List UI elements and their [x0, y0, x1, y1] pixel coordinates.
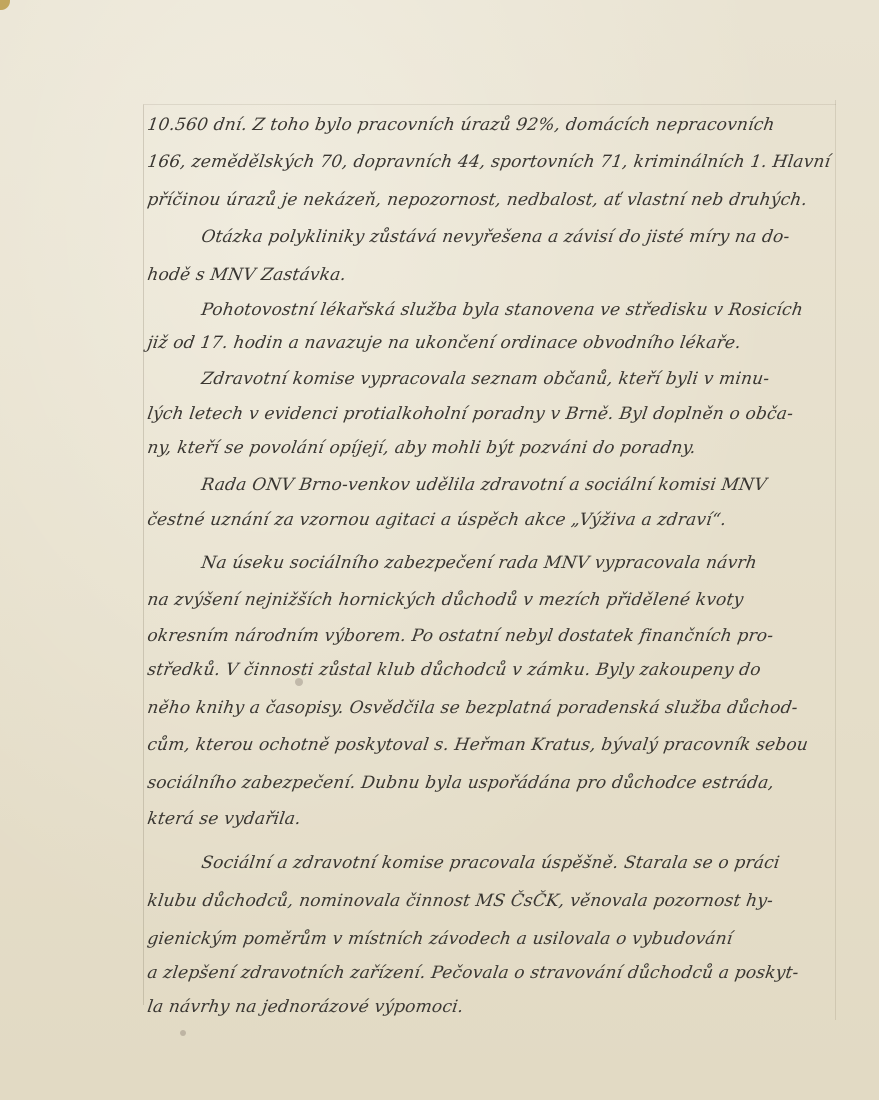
text-line: čestné uznání za vzornou agitaci a úspěc…	[146, 510, 728, 530]
text-line: gienickým poměrům v místních závodech a …	[146, 929, 734, 949]
text-line: Zdravotní komise vypracovala seznam obča…	[200, 369, 771, 389]
text-line: hodě s MNV Zastávka.	[146, 265, 348, 285]
text-line: 10.560 dní. Z toho bylo pracovních úrazů…	[146, 115, 776, 135]
text-line: la návrhy na jednorázové výpomoci.	[146, 997, 465, 1017]
margin-rule	[835, 100, 836, 1020]
text-line: Otázka polykliniky zůstává nevyřešena a …	[200, 227, 791, 247]
text-line: cům, kterou ochotně poskytoval s. Heřman…	[146, 735, 809, 755]
text-line: Pohotovostní lékařská služba byla stanov…	[200, 300, 804, 320]
text-line: klubu důchodců, nominovala činnost MS Čs…	[146, 891, 774, 911]
text-line: něho knihy a časopisy. Osvědčila se bezp…	[146, 698, 799, 718]
text-line: středků. V činnosti zůstal klub důchodců…	[146, 660, 762, 680]
corner-stain	[0, 0, 10, 10]
text-line: 166, zemědělských 70, dopravních 44, spo…	[146, 152, 832, 172]
text-line: která se vydařila.	[146, 809, 302, 829]
text-line: příčinou úrazů je nekázeň, nepozornost, …	[146, 190, 809, 210]
text-line: Sociální a zdravotní komise pracovala ús…	[200, 853, 781, 873]
text-line: okresním národním výborem. Po ostatní ne…	[146, 626, 775, 646]
ink-blot	[180, 1030, 186, 1036]
text-line: Na úseku sociálního zabezpečení rada MNV…	[200, 553, 758, 573]
text-line: a zlepšení zdravotních zařízení. Pečoval…	[146, 963, 800, 983]
text-line: ny, kteří se povolání opíjejí, aby mohli…	[146, 438, 697, 458]
document-page: 10.560 dní. Z toho bylo pracovních úrazů…	[0, 0, 879, 1100]
text-line: sociálního zabezpečení. Dubnu byla uspoř…	[146, 773, 776, 793]
text-line: již od 17. hodin a navazuje na ukončení …	[146, 333, 742, 353]
text-line: lých letech v evidenci protialkoholní po…	[146, 404, 795, 424]
text-line: Rada ONV Brno-venkov udělila zdravotní a…	[200, 475, 768, 495]
text-line: na zvýšení nejnižších hornických důchodů…	[146, 590, 745, 610]
